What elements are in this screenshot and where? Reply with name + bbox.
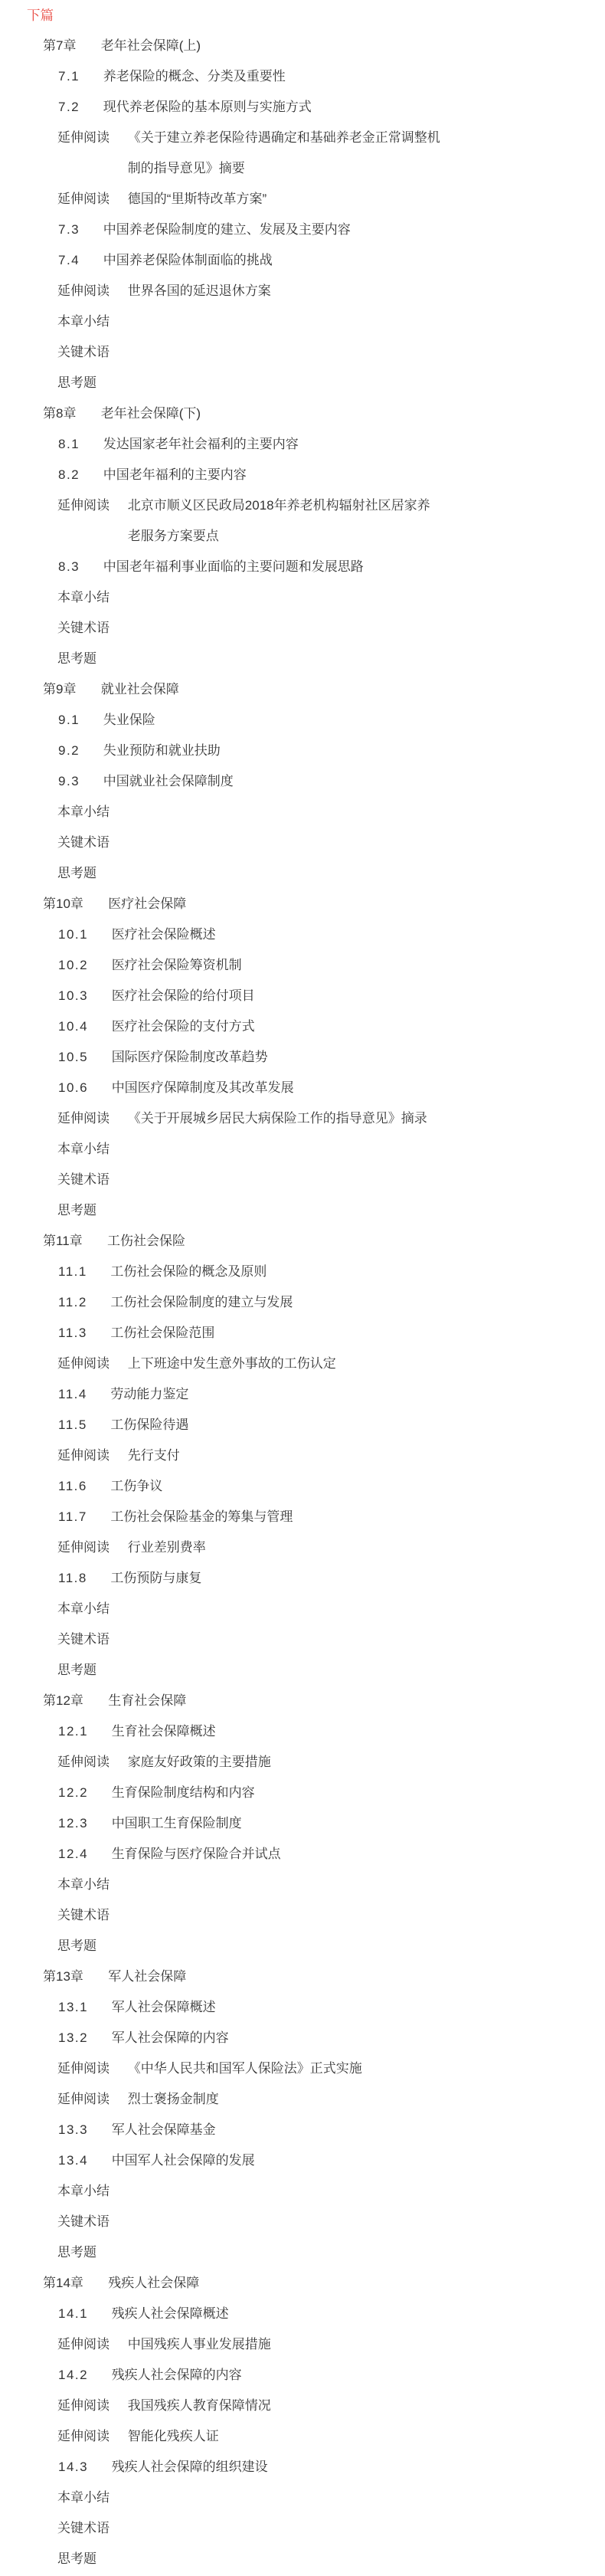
section-title: 养老保险的概念、分类及重要性 bbox=[103, 69, 286, 84]
key-terms-label: 关键术语 bbox=[57, 1632, 110, 1647]
section-entry[interactable]: 10.2医疗社会保险筹资机制 bbox=[0, 950, 605, 981]
extended-reading-entry[interactable]: 延伸阅读《中华人民共和国军人保险法》正式实施 bbox=[0, 2053, 605, 2084]
chapter-title: 医疗社会保障 bbox=[108, 896, 186, 911]
section-entry[interactable]: 7.2现代养老保险的基本原则与实施方式 bbox=[0, 92, 605, 123]
extended-reading-title: 《关于开展城乡居民大病保险工作的指导意见》摘录 bbox=[128, 1103, 427, 1134]
questions-label: 思考题 bbox=[57, 866, 96, 880]
chapter-summary-label: 本章小结 bbox=[57, 805, 110, 819]
key-terms-entry[interactable]: 关键术语 bbox=[0, 337, 605, 368]
section-entry[interactable]: 13.3军人社会保障基金 bbox=[0, 2115, 605, 2145]
section-title: 中国老年福利的主要内容 bbox=[103, 467, 247, 482]
key-terms-entry[interactable]: 关键术语 bbox=[0, 1900, 605, 1931]
section-number: 11.2 bbox=[58, 1295, 87, 1309]
questions-label: 思考题 bbox=[57, 1203, 96, 1218]
section-entry[interactable]: 11.2工伤社会保险制度的建立与发展 bbox=[0, 1287, 605, 1318]
section-number: 10.3 bbox=[58, 988, 88, 1003]
section-entry[interactable]: 10.3医疗社会保险的给付项目 bbox=[0, 981, 605, 1011]
chapter-summary-entry[interactable]: 本章小结 bbox=[0, 1594, 605, 1624]
questions-label: 思考题 bbox=[57, 2245, 96, 2260]
extended-reading-label: 延伸阅读 bbox=[57, 2329, 110, 2360]
section-number: 10.6 bbox=[58, 1080, 88, 1095]
section-entry[interactable]: 8.1发达国家老年社会福利的主要内容 bbox=[0, 429, 605, 460]
section-title: 中国职工生育保险制度 bbox=[112, 1816, 242, 1830]
extended-reading-line: 北京市顺义区民政局2018年养老机构辐射社区居家养 bbox=[128, 490, 430, 521]
key-terms-entry[interactable]: 关键术语 bbox=[0, 1624, 605, 1655]
questions-label: 思考题 bbox=[57, 375, 96, 390]
section-title: 现代养老保险的基本原则与实施方式 bbox=[103, 100, 312, 114]
section-entry[interactable]: 12.2生育保险制度结构和内容 bbox=[0, 1778, 605, 1808]
questions-entry[interactable]: 思考题 bbox=[0, 1655, 605, 1686]
extended-reading-label: 延伸阅读 bbox=[57, 2053, 110, 2084]
chapter-number: 第14章 bbox=[43, 2276, 83, 2290]
section-entry[interactable]: 11.6工伤争议 bbox=[0, 1471, 605, 1502]
questions-entry[interactable]: 思考题 bbox=[0, 368, 605, 398]
section-title: 工伤社会保险制度的建立与发展 bbox=[110, 1295, 293, 1309]
chapter-number: 第12章 bbox=[43, 1693, 83, 1708]
section-entry[interactable]: 10.5国际医疗保险制度改革趋势 bbox=[0, 1042, 605, 1073]
table-of-contents: 下篇 第7章老年社会保障(上)7.1养老保险的概念、分类及重要性7.2现代养老保… bbox=[0, 0, 605, 2574]
section-title: 中国就业社会保障制度 bbox=[103, 774, 234, 788]
extended-reading-label: 延伸阅读 bbox=[57, 1532, 110, 1563]
section-number: 7.3 bbox=[58, 222, 80, 237]
key-terms-entry[interactable]: 关键术语 bbox=[0, 613, 605, 644]
extended-reading-label: 延伸阅读 bbox=[57, 1349, 110, 1379]
extended-reading-title: 智能化残疾人证 bbox=[128, 2421, 219, 2452]
section-title: 医疗社会保险筹资机制 bbox=[112, 958, 242, 972]
key-terms-label: 关键术语 bbox=[57, 345, 110, 359]
section-number: 14.2 bbox=[58, 2368, 88, 2382]
chapter-entry[interactable]: 第11章工伤社会保险 bbox=[0, 1226, 605, 1257]
extended-reading-label: 延伸阅读 bbox=[57, 123, 110, 153]
questions-label: 思考题 bbox=[57, 1663, 96, 1677]
section-number: 11.8 bbox=[58, 1571, 87, 1585]
chapter-summary-entry[interactable]: 本章小结 bbox=[0, 2176, 605, 2207]
section-entry[interactable]: 8.3中国老年福利事业面临的主要问题和发展思路 bbox=[0, 552, 605, 582]
section-entry[interactable]: 9.2失业预防和就业扶助 bbox=[0, 736, 605, 766]
section-number: 8.3 bbox=[58, 559, 80, 574]
section-number: 7.4 bbox=[58, 253, 80, 267]
section-title: 生育社会保障概述 bbox=[112, 1724, 216, 1739]
chapter-number: 第8章 bbox=[43, 406, 76, 421]
section-title: 残疾人社会保障概述 bbox=[112, 2306, 229, 2321]
key-terms-label: 关键术语 bbox=[57, 2214, 110, 2229]
extended-reading-line: 我国残疾人教育保障情况 bbox=[128, 2391, 271, 2421]
chapter-entry[interactable]: 第14章残疾人社会保障 bbox=[0, 2268, 605, 2299]
section-number: 9.2 bbox=[58, 743, 80, 758]
key-terms-entry[interactable]: 关键术语 bbox=[0, 1165, 605, 1195]
section-number: 9.3 bbox=[58, 774, 80, 788]
extended-reading-title: 我国残疾人教育保障情况 bbox=[128, 2391, 271, 2421]
section-number: 12.2 bbox=[58, 1785, 88, 1800]
section-title: 军人社会保障基金 bbox=[112, 2122, 216, 2137]
key-terms-entry[interactable]: 关键术语 bbox=[0, 828, 605, 858]
extended-reading-line: 智能化残疾人证 bbox=[128, 2421, 219, 2452]
section-entry[interactable]: 11.5工伤保险待遇 bbox=[0, 1410, 605, 1440]
extended-reading-line: 烈士褒扬金制度 bbox=[128, 2084, 219, 2115]
extended-reading-entry[interactable]: 延伸阅读《关于建立养老保险待遇确定和基础养老金正常调整机制的指导意见》摘要 bbox=[0, 123, 605, 184]
extended-reading-entry[interactable]: 延伸阅读世界各国的延迟退休方案 bbox=[0, 276, 605, 306]
toc-chapter-list: 第7章老年社会保障(上)7.1养老保险的概念、分类及重要性7.2现代养老保险的基… bbox=[0, 31, 605, 2574]
section-number: 11.1 bbox=[58, 1264, 87, 1279]
chapter-summary-entry[interactable]: 本章小结 bbox=[0, 582, 605, 613]
section-entry[interactable]: 12.1生育社会保障概述 bbox=[0, 1716, 605, 1747]
key-terms-label: 关键术语 bbox=[57, 1908, 110, 1922]
extended-reading-entry[interactable]: 延伸阅读《关于开展城乡居民大病保险工作的指导意见》摘录 bbox=[0, 1103, 605, 1134]
section-number: 11.4 bbox=[58, 1387, 87, 1401]
section-title: 工伤社会保险的概念及原则 bbox=[110, 1264, 267, 1279]
section-title: 工伤预防与康复 bbox=[110, 1571, 201, 1585]
section-number: 12.3 bbox=[58, 1816, 88, 1830]
section-title: 发达国家老年社会福利的主要内容 bbox=[103, 437, 299, 451]
chapter-summary-label: 本章小结 bbox=[57, 590, 110, 605]
extended-reading-line: 《中华人民共和国军人保险法》正式实施 bbox=[128, 2053, 362, 2084]
chapter-summary-label: 本章小结 bbox=[57, 1601, 110, 1616]
section-title: 工伤争议 bbox=[110, 1479, 162, 1493]
extended-reading-title: 先行支付 bbox=[128, 1440, 180, 1471]
section-number: 14.3 bbox=[58, 2460, 88, 2474]
extended-reading-label: 延伸阅读 bbox=[57, 490, 110, 521]
extended-reading-label: 延伸阅读 bbox=[57, 2084, 110, 2115]
section-number: 10.4 bbox=[58, 1019, 88, 1034]
extended-reading-title: 家庭友好政策的主要措施 bbox=[128, 1747, 271, 1778]
section-entry[interactable]: 12.4生育保险与医疗保险合并试点 bbox=[0, 1839, 605, 1870]
extended-reading-line: 德国的“里斯特改革方案” bbox=[128, 184, 267, 215]
section-entry[interactable]: 11.4劳动能力鉴定 bbox=[0, 1379, 605, 1410]
key-terms-entry[interactable]: 关键术语 bbox=[0, 2513, 605, 2544]
section-title: 医疗社会保险概述 bbox=[112, 927, 216, 942]
section-title: 劳动能力鉴定 bbox=[110, 1387, 188, 1401]
section-entry[interactable]: 8.2中国老年福利的主要内容 bbox=[0, 460, 605, 490]
chapter-summary-entry[interactable]: 本章小结 bbox=[0, 1134, 605, 1165]
chapter-title: 军人社会保障 bbox=[108, 1969, 186, 1984]
questions-label: 思考题 bbox=[57, 2551, 96, 2566]
section-title: 军人社会保障概述 bbox=[112, 2000, 216, 2014]
chapter-title: 残疾人社会保障 bbox=[108, 2276, 199, 2290]
extended-reading-entry[interactable]: 延伸阅读德国的“里斯特改革方案” bbox=[0, 184, 605, 215]
extended-reading-line: 先行支付 bbox=[128, 1440, 180, 1471]
extended-reading-line: 上下班途中发生意外事故的工伤认定 bbox=[128, 1349, 336, 1379]
extended-reading-entry[interactable]: 延伸阅读先行支付 bbox=[0, 1440, 605, 1471]
section-number: 11.3 bbox=[58, 1326, 87, 1340]
extended-reading-title: 《中华人民共和国军人保险法》正式实施 bbox=[128, 2053, 362, 2084]
section-title: 工伤社会保险范围 bbox=[110, 1326, 214, 1340]
section-title: 医疗社会保险的支付方式 bbox=[112, 1019, 255, 1034]
chapter-summary-label: 本章小结 bbox=[57, 2184, 110, 2198]
section-entry[interactable]: 11.7工伤社会保险基金的筹集与管理 bbox=[0, 1502, 605, 1532]
extended-reading-line: 制的指导意见》摘要 bbox=[128, 153, 440, 184]
extended-reading-title: 世界各国的延迟退休方案 bbox=[128, 276, 271, 306]
section-title: 中国军人社会保障的发展 bbox=[112, 2153, 255, 2168]
section-entry[interactable]: 13.4中国军人社会保障的发展 bbox=[0, 2145, 605, 2176]
chapter-summary-entry[interactable]: 本章小结 bbox=[0, 2483, 605, 2513]
section-number: 12.4 bbox=[58, 1847, 88, 1861]
extended-reading-line: 世界各国的延迟退休方案 bbox=[128, 276, 271, 306]
questions-entry[interactable]: 思考题 bbox=[0, 2544, 605, 2574]
questions-entry[interactable]: 思考题 bbox=[0, 2237, 605, 2268]
chapter-title: 生育社会保障 bbox=[108, 1693, 186, 1708]
questions-entry[interactable]: 思考题 bbox=[0, 1931, 605, 1961]
section-entry[interactable]: 14.3残疾人社会保障的组织建设 bbox=[0, 2452, 605, 2483]
key-terms-label: 关键术语 bbox=[57, 1172, 110, 1187]
section-title: 失业保险 bbox=[103, 713, 155, 727]
section-title: 中国养老保险体制面临的挑战 bbox=[103, 253, 273, 267]
extended-reading-line: 《关于开展城乡居民大病保险工作的指导意见》摘录 bbox=[128, 1103, 427, 1134]
section-title: 国际医疗保险制度改革趋势 bbox=[112, 1050, 268, 1064]
section-number: 11.5 bbox=[58, 1417, 87, 1432]
extended-reading-title: 中国残疾人事业发展措施 bbox=[128, 2329, 271, 2360]
extended-reading-label: 延伸阅读 bbox=[57, 276, 110, 306]
section-entry[interactable]: 13.2军人社会保障的内容 bbox=[0, 2023, 605, 2053]
extended-reading-title: 《关于建立养老保险待遇确定和基础养老金正常调整机制的指导意见》摘要 bbox=[128, 123, 440, 184]
extended-reading-title: 德国的“里斯特改革方案” bbox=[128, 184, 267, 215]
section-entry[interactable]: 9.1失业保险 bbox=[0, 705, 605, 736]
section-entry[interactable]: 11.8工伤预防与康复 bbox=[0, 1563, 605, 1594]
questions-entry[interactable]: 思考题 bbox=[0, 1195, 605, 1226]
extended-reading-label: 延伸阅读 bbox=[57, 184, 110, 215]
section-entry[interactable]: 12.3中国职工生育保险制度 bbox=[0, 1808, 605, 1839]
section-title: 军人社会保障的内容 bbox=[112, 2030, 229, 2045]
key-terms-label: 关键术语 bbox=[57, 2521, 110, 2535]
chapter-summary-entry[interactable]: 本章小结 bbox=[0, 1870, 605, 1900]
chapter-summary-label: 本章小结 bbox=[57, 2490, 110, 2505]
extended-reading-label: 延伸阅读 bbox=[57, 2421, 110, 2452]
section-number: 7.2 bbox=[58, 100, 80, 114]
section-title: 生育保险与医疗保险合并试点 bbox=[112, 1847, 281, 1861]
section-entry[interactable]: 10.6中国医疗保障制度及其改革发展 bbox=[0, 1073, 605, 1103]
section-entry[interactable]: 11.3工伤社会保险范围 bbox=[0, 1318, 605, 1349]
chapter-summary-label: 本章小结 bbox=[57, 1877, 110, 1892]
section-number: 9.1 bbox=[58, 713, 80, 727]
section-entry[interactable]: 11.1工伤社会保险的概念及原则 bbox=[0, 1257, 605, 1287]
chapter-number: 第9章 bbox=[43, 682, 76, 696]
section-title: 残疾人社会保障的内容 bbox=[112, 2368, 242, 2382]
chapter-title: 就业社会保障 bbox=[101, 682, 179, 696]
extended-reading-title: 北京市顺义区民政局2018年养老机构辐射社区居家养老服务方案要点 bbox=[128, 490, 430, 552]
key-terms-label: 关键术语 bbox=[57, 621, 110, 635]
section-entry[interactable]: 14.2残疾人社会保障的内容 bbox=[0, 2360, 605, 2391]
questions-label: 思考题 bbox=[57, 1939, 96, 1953]
section-title: 工伤保险待遇 bbox=[110, 1417, 188, 1432]
section-title: 残疾人社会保障的组织建设 bbox=[112, 2460, 268, 2474]
section-entry[interactable]: 10.1医疗社会保险概述 bbox=[0, 919, 605, 950]
extended-reading-entry[interactable]: 延伸阅读智能化残疾人证 bbox=[0, 2421, 605, 2452]
chapter-number: 第11章 bbox=[43, 1234, 83, 1248]
section-number: 7.1 bbox=[58, 69, 80, 84]
section-number: 13.1 bbox=[58, 2000, 88, 2014]
extended-reading-label: 延伸阅读 bbox=[57, 1747, 110, 1778]
chapter-entry[interactable]: 第13章军人社会保障 bbox=[0, 1961, 605, 1992]
extended-reading-title: 上下班途中发生意外事故的工伤认定 bbox=[128, 1349, 336, 1379]
extended-reading-entry[interactable]: 延伸阅读烈士褒扬金制度 bbox=[0, 2084, 605, 2115]
extended-reading-entry[interactable]: 延伸阅读中国残疾人事业发展措施 bbox=[0, 2329, 605, 2360]
extended-reading-entry[interactable]: 延伸阅读家庭友好政策的主要措施 bbox=[0, 1747, 605, 1778]
section-title: 中国医疗保障制度及其改革发展 bbox=[112, 1080, 294, 1095]
section-number: 12.1 bbox=[58, 1724, 88, 1739]
section-number: 14.1 bbox=[58, 2306, 88, 2321]
extended-reading-line: 家庭友好政策的主要措施 bbox=[128, 1747, 271, 1778]
chapter-number: 第10章 bbox=[43, 896, 83, 911]
chapter-entry[interactable]: 第8章老年社会保障(下) bbox=[0, 398, 605, 429]
extended-reading-title: 行业差别费率 bbox=[128, 1532, 206, 1563]
section-title: 医疗社会保险的给付项目 bbox=[112, 988, 255, 1003]
questions-entry[interactable]: 思考题 bbox=[0, 644, 605, 674]
key-terms-label: 关键术语 bbox=[57, 835, 110, 850]
extended-reading-entry[interactable]: 延伸阅读上下班途中发生意外事故的工伤认定 bbox=[0, 1349, 605, 1379]
section-title: 中国老年福利事业面临的主要问题和发展思路 bbox=[103, 559, 364, 574]
section-number: 11.7 bbox=[58, 1509, 87, 1524]
section-number: 13.3 bbox=[58, 2122, 88, 2137]
key-terms-entry[interactable]: 关键术语 bbox=[0, 2207, 605, 2237]
section-entry[interactable]: 13.1军人社会保障概述 bbox=[0, 1992, 605, 2023]
extended-reading-label: 延伸阅读 bbox=[57, 1103, 110, 1134]
section-number: 13.4 bbox=[58, 2153, 88, 2168]
section-number: 10.5 bbox=[58, 1050, 88, 1064]
section-number: 8.1 bbox=[58, 437, 80, 451]
section-entry[interactable]: 9.3中国就业社会保障制度 bbox=[0, 766, 605, 797]
section-entry[interactable]: 7.3中国养老保险制度的建立、发展及主要内容 bbox=[0, 215, 605, 245]
extended-reading-line: 老服务方案要点 bbox=[128, 521, 430, 552]
extended-reading-label: 延伸阅读 bbox=[57, 2391, 110, 2421]
part-heading: 下篇 bbox=[0, 0, 605, 31]
section-number: 10.1 bbox=[58, 927, 88, 942]
chapter-number: 第13章 bbox=[43, 1969, 83, 1984]
extended-reading-label: 延伸阅读 bbox=[57, 1440, 110, 1471]
section-title: 失业预防和就业扶助 bbox=[103, 743, 221, 758]
extended-reading-title: 烈士褒扬金制度 bbox=[128, 2084, 219, 2115]
extended-reading-line: 行业差别费率 bbox=[128, 1532, 206, 1563]
chapter-entry[interactable]: 第7章老年社会保障(上) bbox=[0, 31, 605, 61]
chapter-title: 老年社会保障(下) bbox=[101, 406, 201, 421]
section-entry[interactable]: 7.1养老保险的概念、分类及重要性 bbox=[0, 61, 605, 92]
section-entry[interactable]: 14.1残疾人社会保障概述 bbox=[0, 2299, 605, 2329]
section-entry[interactable]: 7.4中国养老保险体制面临的挑战 bbox=[0, 245, 605, 276]
section-title: 生育保险制度结构和内容 bbox=[112, 1785, 255, 1800]
section-number: 10.2 bbox=[58, 958, 88, 972]
questions-label: 思考题 bbox=[57, 651, 96, 666]
section-number: 11.6 bbox=[58, 1479, 87, 1493]
extended-reading-line: 《关于建立养老保险待遇确定和基础养老金正常调整机 bbox=[128, 123, 440, 153]
extended-reading-line: 中国残疾人事业发展措施 bbox=[128, 2329, 271, 2360]
section-entry[interactable]: 10.4医疗社会保险的支付方式 bbox=[0, 1011, 605, 1042]
section-title: 中国养老保险制度的建立、发展及主要内容 bbox=[103, 222, 351, 237]
chapter-title: 老年社会保障(上) bbox=[101, 38, 201, 53]
extended-reading-entry[interactable]: 延伸阅读我国残疾人教育保障情况 bbox=[0, 2391, 605, 2421]
chapter-entry[interactable]: 第12章生育社会保障 bbox=[0, 1686, 605, 1716]
chapter-summary-entry[interactable]: 本章小结 bbox=[0, 797, 605, 828]
extended-reading-entry[interactable]: 延伸阅读行业差别费率 bbox=[0, 1532, 605, 1563]
chapter-summary-label: 本章小结 bbox=[57, 1142, 110, 1156]
extended-reading-entry[interactable]: 延伸阅读北京市顺义区民政局2018年养老机构辐射社区居家养老服务方案要点 bbox=[0, 490, 605, 552]
chapter-summary-entry[interactable]: 本章小结 bbox=[0, 306, 605, 337]
chapter-title: 工伤社会保险 bbox=[107, 1234, 185, 1248]
chapter-summary-label: 本章小结 bbox=[57, 314, 110, 329]
chapter-entry[interactable]: 第10章医疗社会保障 bbox=[0, 889, 605, 919]
section-number: 13.2 bbox=[58, 2030, 88, 2045]
chapter-number: 第7章 bbox=[43, 38, 76, 53]
section-title: 工伤社会保险基金的筹集与管理 bbox=[110, 1509, 293, 1524]
chapter-entry[interactable]: 第9章就业社会保障 bbox=[0, 674, 605, 705]
section-number: 8.2 bbox=[58, 467, 80, 482]
questions-entry[interactable]: 思考题 bbox=[0, 858, 605, 889]
